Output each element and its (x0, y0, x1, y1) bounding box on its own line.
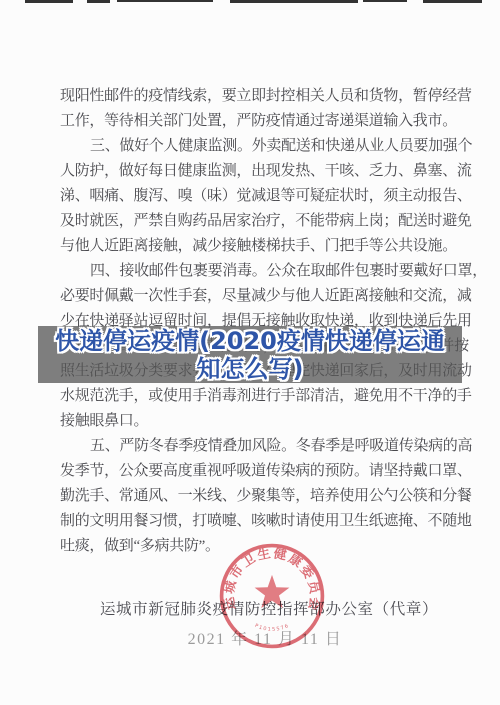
text-line: 必要时佩戴一次性手套，尽量减少与他人近距离接触和交流，减 (60, 284, 452, 309)
seal-serial-number: P1015576 (254, 623, 291, 633)
text-line: 制的文明用餐习惯，打喷嚏、咳嗽时请使用卫生纸遮掩、不随地 (60, 509, 452, 534)
text-line: 发季节，公众要高度重视呼吸道传染病的预防。请坚持戴口罩、 (60, 459, 452, 484)
text-line: 及时就医，严禁自购药品居家治疗，不能带病上岗；配送时避免 (60, 209, 452, 234)
text-line: 三、做好个人健康监测。外卖配送和快递从业人员要加强个 (60, 134, 452, 159)
text-line: 接触眼鼻口。 (60, 409, 452, 434)
text-line: 勤洗手、常通风、一米线、少聚集等，培养使用公勺公筷和分餐 (60, 484, 452, 509)
article-title-line-1: 快递停运疫情(2020疫情快递停运通 (55, 327, 445, 355)
svg-text:P1015576: P1015576 (254, 623, 291, 633)
official-seal: 运城市卫生健康委员会 P1015576 (217, 541, 327, 651)
text-line: 五、严防冬春季疫情叠加风险。冬春季是呼吸道传染病的高 (60, 434, 452, 459)
text-line: 工作，等待相关部门处置，严防疫情通过寄递渠道输入我市。 (60, 109, 452, 134)
title-overlay-band: 快递停运疫情(2020疫情快递停运通 知怎么写) (38, 326, 462, 383)
scan-artifact-top-line (0, 0, 500, 4)
text-line: 人防护，做好每日健康监测，出现发热、干咳、乏力、鼻塞、流 (60, 159, 452, 184)
text-line: 与他人近距离接触，减少接触楼梯扶手、门把手等公共设施。 (60, 234, 452, 259)
text-line: 涕、咽痛、腹泻、嗅（味）觉减退等可疑症状时，须主动报告、 (60, 184, 452, 209)
text-line: 四、接收邮件包裹要消毒。公众在取邮件包裹时要戴好口罩， (60, 259, 452, 284)
document-page: 现阳性邮件的疫情线索，要立即封控相关人员和货物，暂停经营工作，等待相关部门处置，… (0, 0, 500, 705)
text-line: 现阳性邮件的疫情线索，要立即封控相关人员和货物，暂停经营 (60, 84, 452, 109)
seal-graphic: 运城市卫生健康委员会 P1015576 (217, 541, 327, 651)
text-line: 水规范洗手，或使用手消毒剂进行手部清洁，避免用不干净的手 (60, 384, 452, 409)
article-title-line-2: 知怎么写) (197, 355, 304, 383)
document-body: 现阳性邮件的疫情线索，要立即封控相关人员和货物，暂停经营工作，等待相关部门处置，… (60, 84, 452, 559)
five-pointed-star-icon (255, 575, 290, 608)
